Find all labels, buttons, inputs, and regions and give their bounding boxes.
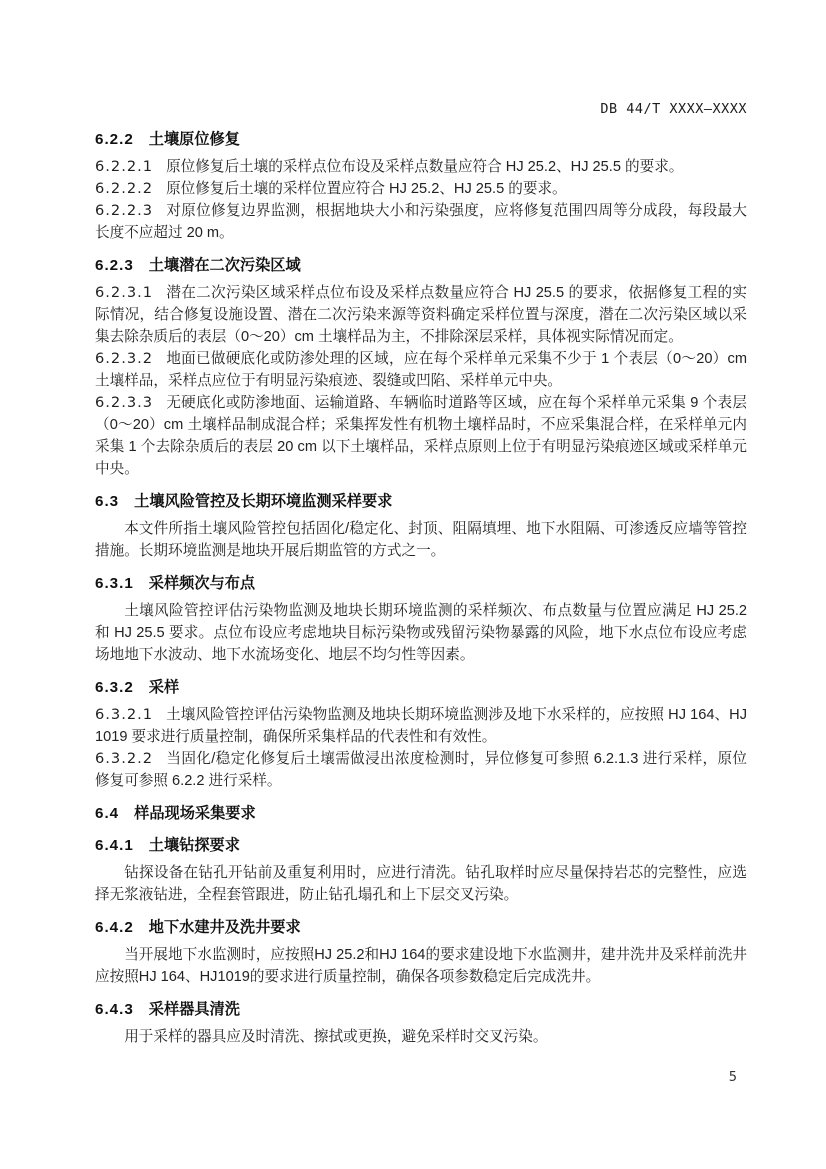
clause-number: 6.3.2.2	[95, 750, 166, 767]
section-heading-6-3-2: 6.3.2采样	[95, 678, 747, 698]
section-number: 6.3	[95, 493, 134, 510]
section-heading-6-2-3: 6.2.3土壤潜在二次污染区域	[95, 256, 747, 276]
document-page: DB 44/T XXXX—XXXX 6.2.2土壤原位修复 6.2.2.1原位修…	[0, 0, 826, 1169]
body-paragraph-6-3: 本文件所指土壤风险管控包括固化/稳定化、封顶、阻隔填埋、地下水阻隔、可渗透反应墙…	[95, 518, 747, 562]
clause-number: 6.2.3.1	[95, 284, 166, 301]
clause-6-3-2-2: 6.3.2.2当固化/稳定化修复后土壤需做浸出浓度检测时，异位修复可参照 6.2…	[95, 748, 747, 792]
clause-6-2-3-2: 6.2.3.2地面已做硬底化或防渗处理的区域，应在每个采样单元采集不少于 1 个…	[95, 348, 747, 392]
section-title: 采样器具清洗	[149, 1001, 240, 1018]
section-number: 6.4.2	[95, 919, 149, 936]
section-heading-6-4-3: 6.4.3采样器具清洗	[95, 1000, 747, 1020]
clause-text: 无硬底化或防渗地面、运输道路、车辆临时道路等区域，应在每个采样单元采集 9 个表…	[95, 395, 747, 477]
body-paragraph-6-4-2: 当开展地下水监测时，应按照HJ 25.2和HJ 164的要求建设地下水监测井，建…	[95, 944, 747, 988]
section-heading-6-4-1: 6.4.1土壤钻探要求	[95, 836, 747, 856]
clause-number: 6.2.3.2	[95, 350, 166, 367]
section-number: 6.2.3	[95, 257, 149, 274]
section-title: 土壤潜在二次污染区域	[149, 257, 301, 274]
clause-number: 6.2.2.2	[95, 180, 166, 197]
clause-number: 6.2.3.3	[95, 394, 166, 411]
section-heading-6-3-1: 6.3.1采样频次与布点	[95, 574, 747, 594]
body-paragraph-6-4-1: 钻探设备在钻孔开钻前及重复利用时，应进行清洗。钻孔取样时应尽量保持岩芯的完整性，…	[95, 862, 747, 906]
body-paragraph-6-4-3: 用于采样的器具应及时清洗、擦拭或更换，避免采样时交叉污染。	[95, 1026, 747, 1048]
clause-6-2-3-1: 6.2.3.1潜在二次污染区域采样点位布设及采样点数量应符合 HJ 25.5 的…	[95, 282, 747, 348]
section-heading-6-4-2: 6.4.2地下水建井及洗井要求	[95, 918, 747, 938]
page-content: DB 44/T XXXX—XXXX 6.2.2土壤原位修复 6.2.2.1原位修…	[95, 100, 747, 1048]
clause-number: 6.3.2.1	[95, 706, 166, 723]
section-title: 土壤钻探要求	[149, 837, 240, 854]
clause-text: 原位修复后土壤的采样位置应符合 HJ 25.2、HJ 25.5 的要求。	[166, 181, 567, 197]
body-paragraph-6-3-1: 土壤风险管控评估污染物监测及地块长期环境监测的采样频次、布点数量与位置应满足 H…	[95, 600, 747, 666]
section-number: 6.4	[95, 805, 134, 822]
section-title: 采样频次与布点	[149, 575, 255, 592]
section-number: 6.2.2	[95, 131, 149, 148]
section-title: 土壤风险管控及长期环境监测采样要求	[134, 493, 392, 510]
clause-text: 对原位修复边界监测，根据地块大小和污染强度，应将修复范围四周等分成段，每段最大长…	[95, 203, 747, 241]
section-number: 6.3.1	[95, 575, 149, 592]
clause-6-2-2-2: 6.2.2.2原位修复后土壤的采样位置应符合 HJ 25.2、HJ 25.5 的…	[95, 178, 747, 200]
section-number: 6.4.1	[95, 837, 149, 854]
clause-6-2-2-1: 6.2.2.1原位修复后土壤的采样点位布设及采样点数量应符合 HJ 25.2、H…	[95, 156, 747, 178]
section-number: 6.4.3	[95, 1001, 149, 1018]
clause-text: 当固化/稳定化修复后土壤需做浸出浓度检测时，异位修复可参照 6.2.1.3 进行…	[95, 751, 747, 789]
clause-text: 土壤风险管控评估污染物监测及地块长期环境监测涉及地下水采样的，应按照 HJ 16…	[95, 707, 747, 745]
clause-number: 6.2.2.1	[95, 158, 166, 175]
section-title: 地下水建井及洗井要求	[149, 919, 301, 936]
section-heading-6-4: 6.4样品现场采集要求	[95, 804, 747, 824]
clause-6-2-3-3: 6.2.3.3无硬底化或防渗地面、运输道路、车辆临时道路等区域，应在每个采样单元…	[95, 392, 747, 480]
section-title: 土壤原位修复	[149, 131, 240, 148]
clause-text: 地面已做硬底化或防渗处理的区域，应在每个采样单元采集不少于 1 个表层（0～20…	[95, 351, 747, 389]
page-number: 5	[729, 1070, 737, 1085]
section-title: 样品现场采集要求	[134, 805, 256, 822]
section-number: 6.3.2	[95, 679, 149, 696]
section-title: 采样	[149, 679, 179, 696]
section-heading-6-3: 6.3土壤风险管控及长期环境监测采样要求	[95, 492, 747, 512]
standard-number-header: DB 44/T XXXX—XXXX	[95, 100, 747, 118]
clause-number: 6.2.2.3	[95, 202, 166, 219]
clause-6-3-2-1: 6.3.2.1土壤风险管控评估污染物监测及地块长期环境监测涉及地下水采样的，应按…	[95, 704, 747, 748]
clause-6-2-2-3: 6.2.2.3对原位修复边界监测，根据地块大小和污染强度，应将修复范围四周等分成…	[95, 200, 747, 244]
clause-text: 潜在二次污染区域采样点位布设及采样点数量应符合 HJ 25.5 的要求，依据修复…	[95, 285, 747, 345]
clause-text: 原位修复后土壤的采样点位布设及采样点数量应符合 HJ 25.2、HJ 25.5 …	[166, 159, 683, 175]
section-heading-6-2-2: 6.2.2土壤原位修复	[95, 130, 747, 150]
